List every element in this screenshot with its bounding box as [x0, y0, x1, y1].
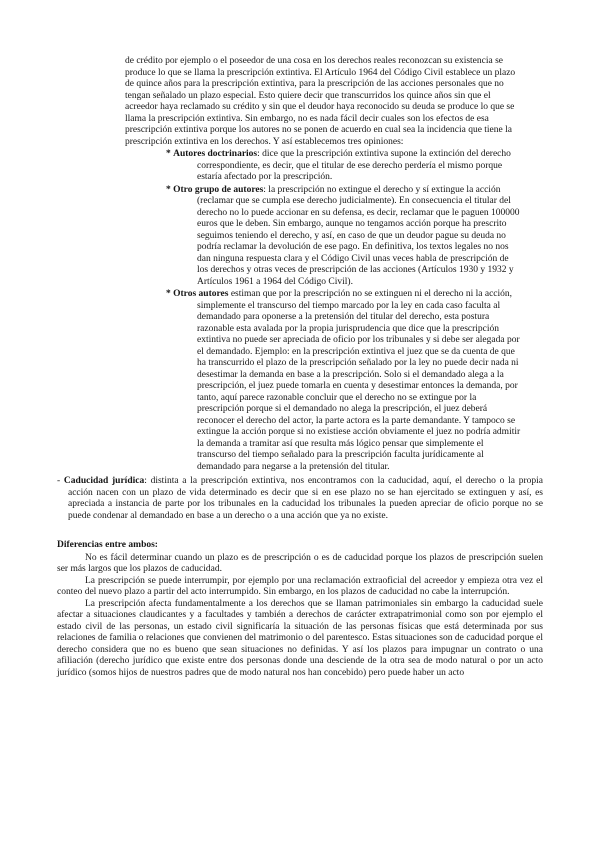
bullet-marker: * [166, 289, 171, 299]
intro-paragraph: de crédito por ejemplo o el poseedor de … [125, 56, 521, 148]
bullet-item-autores-doctrinarios: * Autores doctrinarios: dice que la pres… [125, 149, 521, 184]
bullet-text: : la prescripción no extingue el derecho… [197, 185, 519, 287]
bullet-marker: * [166, 149, 171, 159]
indented-text-block: de crédito por ejemplo o el poseedor de … [125, 56, 521, 473]
bullet-label: Autores doctrinarios [173, 149, 257, 159]
document-page: de crédito por ejemplo o el poseedor de … [0, 0, 599, 848]
bullet-marker: * [166, 185, 171, 195]
dash-marker: - [57, 476, 60, 486]
caducidad-item: - Caducidad jurídica: distinta a la pres… [57, 476, 543, 522]
bullet-label: Otro grupo de autores [173, 185, 263, 195]
caducidad-label: Caducidad jurídica [64, 476, 144, 486]
bullet-text: estiman que por la prescripción no se ex… [197, 289, 520, 472]
bullet-item-otros-autores: * Otros autores estiman que por la presc… [125, 289, 521, 473]
bullet-label: Otros autores [173, 289, 228, 299]
differences-heading: Diferencias entre ambos: [57, 540, 543, 552]
differences-paragraph-1: No es fácil determinar cuando un plazo e… [57, 553, 543, 576]
differences-paragraph-2: La prescripción se puede interrumpir, po… [57, 576, 543, 599]
differences-paragraph-3: La prescripción afecta fundamentalmente … [57, 599, 543, 680]
bullet-item-otro-grupo-de-autores: * Otro grupo de autores: la prescripción… [125, 185, 521, 289]
